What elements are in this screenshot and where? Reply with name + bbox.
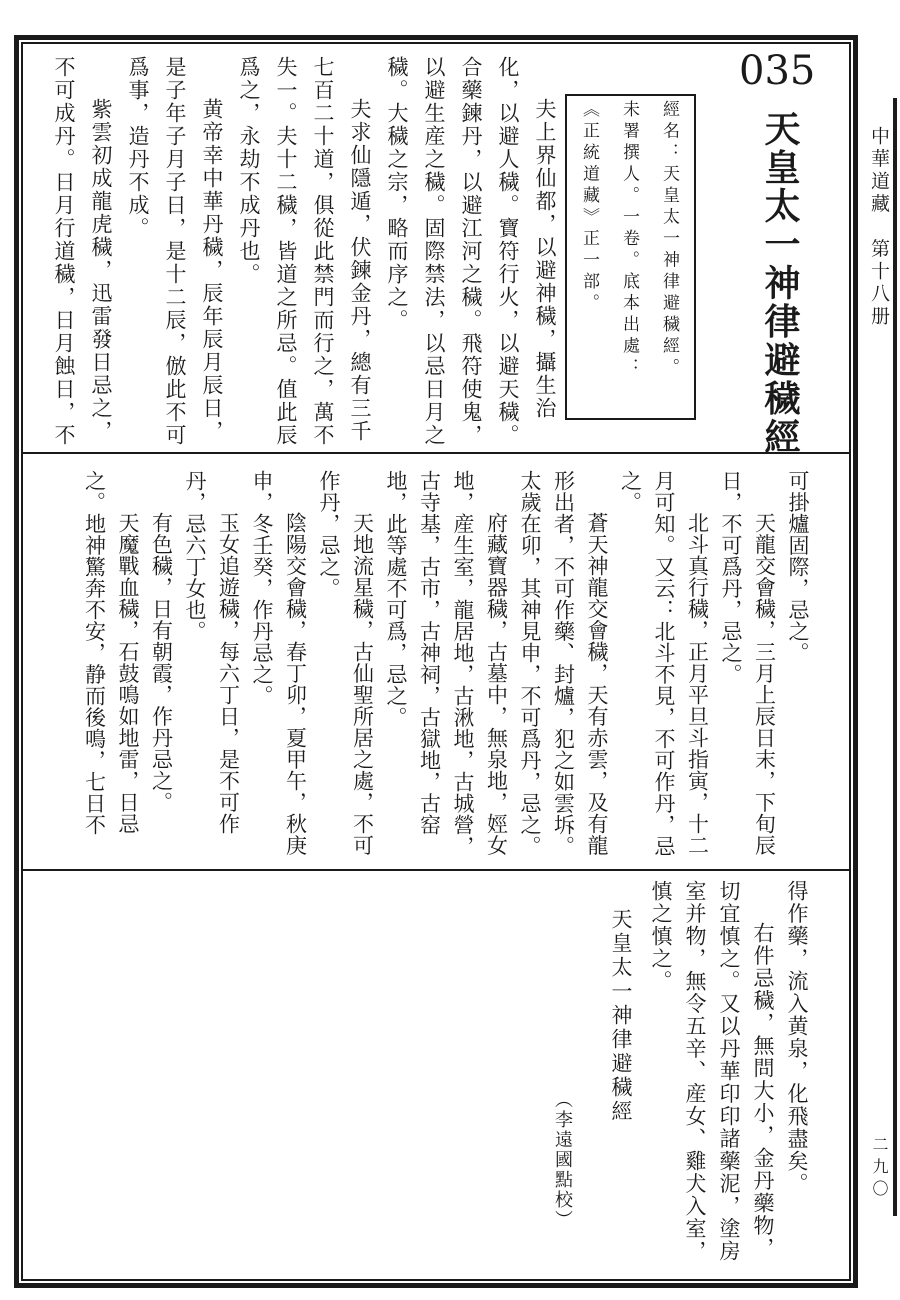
- meta-line: 未署撰人。一卷。底本出處：: [609, 100, 649, 414]
- scripture-meta-box: 經名：天皇太一神律避穢經。 未署撰人。一卷。底本出處： 《正統道藏》正一部。: [565, 94, 696, 420]
- body-section-middle: 可掛爐固際，忌之。 天龍交會穢，三月上辰日末，下旬辰日，不可爲丹，忌之。 北斗真…: [36, 470, 814, 864]
- scripture-number: 035: [739, 48, 815, 106]
- paragraph: 黄帝幸中華丹穢，辰年辰月辰日，是子年子月子日，是十二辰，倣此不可爲事，造丹不成。: [119, 56, 230, 454]
- paragraph: 天魔戰血穢，石鼓鳴如地雷，日忌之。地神驚奔不安，静而後鳴，七日不: [77, 470, 144, 864]
- scripture-meta-text: 經名：天皇太一神律避穢經。 未署撰人。一卷。底本出處： 《正統道藏》正一部。: [572, 100, 689, 414]
- paragraph: 夫求仙隱遁，伏鍊金丹，總有三千七百二十道，俱從此禁門而行之，萬不失一。夫十二穢，…: [230, 56, 378, 454]
- body-section-bottom: 得作藥，流入黄泉，化飛盡矣。 右件忌穢，無問大小，金丹藥物，切宜慎之。又以丹華印…: [642, 880, 814, 1274]
- paragraph: 有色穢，日有朝霞，作丹忌之。: [144, 470, 178, 864]
- paragraph: 可掛爐固際，忌之。: [781, 470, 815, 864]
- paragraph: 蒼天神龍交會穢，天有赤雲，及有龍形出者，不可作藥、封爐，犯之如雲坼。太歲在卯，其…: [513, 470, 614, 864]
- section-divider-2: [21, 869, 851, 871]
- paragraph: 天龍交會穢，三月上辰日末，下旬辰日，不可爲丹，忌之。: [714, 470, 781, 864]
- paragraph: 天地流星穢，古仙聖所居之處，不可作丹，忌之。: [312, 470, 379, 864]
- scan-edge-artifact: [893, 98, 897, 1216]
- paragraph: 紫雲初成龍虎穢，迅雷發日忌之，不可成丹。日月行道穢，日月蝕日，不: [45, 56, 119, 454]
- body-section-top: 夫上界仙都，以避神穢，攝生治化，以避人穢。寶符行火，以避天穢。合藥鍊丹，以避江河…: [36, 56, 563, 454]
- scripture-title: 天皇太一神律避穢經: [748, 110, 806, 458]
- paragraph: 夫上界仙都，以避神穢，攝生治化，以避人穢。寶符行火，以避天穢。合藥鍊丹，以避江河…: [378, 56, 563, 454]
- closing-scripture-title: 天皇太一神律避穢經: [596, 882, 636, 1262]
- editor-colophon: （李遠國點校）: [537, 1090, 575, 1275]
- meta-line: 《正統道藏》正一部。: [569, 100, 609, 414]
- paragraph: 北斗真行穢，正月平旦斗指寅，十二月可知。又云：北斗不見，不可作丹，忌之。: [613, 470, 714, 864]
- paragraph: 陰陽交會穢，春丁卯，夏甲午，秋庚申，冬壬癸，作丹忌之。: [245, 470, 312, 864]
- paragraph: 府藏寶器穢，古墓中，無泉地，娙女地，産生室，龍居地，古湫地，古城營，古寺基，古市…: [379, 470, 513, 864]
- paragraph: 右件忌穢，無問大小，金丹藥物，切宜慎之。又以丹華印印諸藥泥，塗房室并物，無令五辛…: [644, 880, 780, 1274]
- margin-collection-label: 中華道藏 第十八册: [857, 126, 893, 366]
- paragraph: 得作藥，流入黄泉，化飛盡矣。: [780, 880, 814, 1274]
- meta-line: 經名：天皇太一神律避穢經。: [649, 100, 689, 414]
- paragraph: 玉女追遊穢，每六丁日，是不可作丹，忌六丁女也。: [178, 470, 245, 864]
- margin-page-number: 二九〇: [859, 1136, 891, 1256]
